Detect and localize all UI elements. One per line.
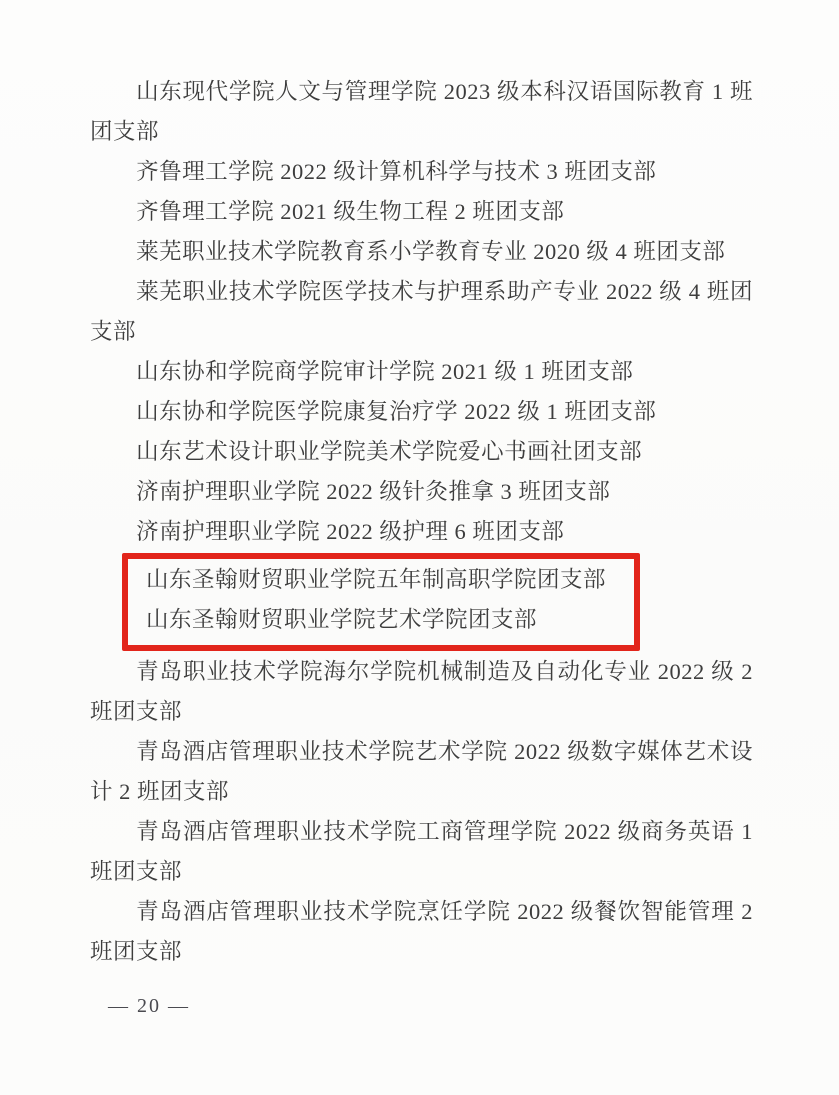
document-body: 山东现代学院人文与管理学院 2023 级本科汉语国际教育 1 班团支部 齐鲁理工… [90,72,753,1020]
list-entry: 青岛职业技术学院海尔学院机械制造及自动化专业 2022 级 2 班团支部 [90,652,753,732]
list-entry: 济南护理职业学院 2022 级护理 6 班团支部 [90,512,753,552]
list-entry: 山东现代学院人文与管理学院 2023 级本科汉语国际教育 1 班团支部 [90,72,753,152]
page-number: — 20 — [90,992,753,1020]
list-entry: 青岛酒店管理职业技术学院烹饪学院 2022 级餐饮智能管理 2 班团支部 [90,892,753,972]
list-entry: 山东协和学院商学院审计学院 2021 级 1 班团支部 [90,352,753,392]
list-entry: 莱芜职业技术学院教育系小学教育专业 2020 级 4 班团支部 [90,232,753,272]
highlight-box: 山东圣翰财贸职业学院五年制高职学院团支部 山东圣翰财贸职业学院艺术学院团支部 [122,553,640,651]
list-entry: 青岛酒店管理职业技术学院工商管理学院 2022 级商务英语 1 班团支部 [90,812,753,892]
list-entry: 山东协和学院医学院康复治疗学 2022 级 1 班团支部 [90,392,753,432]
list-entry: 齐鲁理工学院 2022 级计算机科学与技术 3 班团支部 [90,152,753,192]
list-entry: 济南护理职业学院 2022 级针灸推拿 3 班团支部 [90,472,753,512]
list-entry: 青岛酒店管理职业技术学院艺术学院 2022 级数字媒体艺术设计 2 班团支部 [90,732,753,812]
list-entry: 山东艺术设计职业学院美术学院爱心书画社团支部 [90,432,753,472]
list-entry: 莱芜职业技术学院医学技术与护理系助产专业 2022 级 4 班团支部 [90,272,753,352]
highlighted-list-entry: 山东圣翰财贸职业学院艺术学院团支部 [146,600,606,640]
highlighted-list-entry: 山东圣翰财贸职业学院五年制高职学院团支部 [146,560,606,600]
list-entry: 齐鲁理工学院 2021 级生物工程 2 班团支部 [90,192,753,232]
document-page: 山东现代学院人文与管理学院 2023 级本科汉语国际教育 1 班团支部 齐鲁理工… [0,0,839,1095]
